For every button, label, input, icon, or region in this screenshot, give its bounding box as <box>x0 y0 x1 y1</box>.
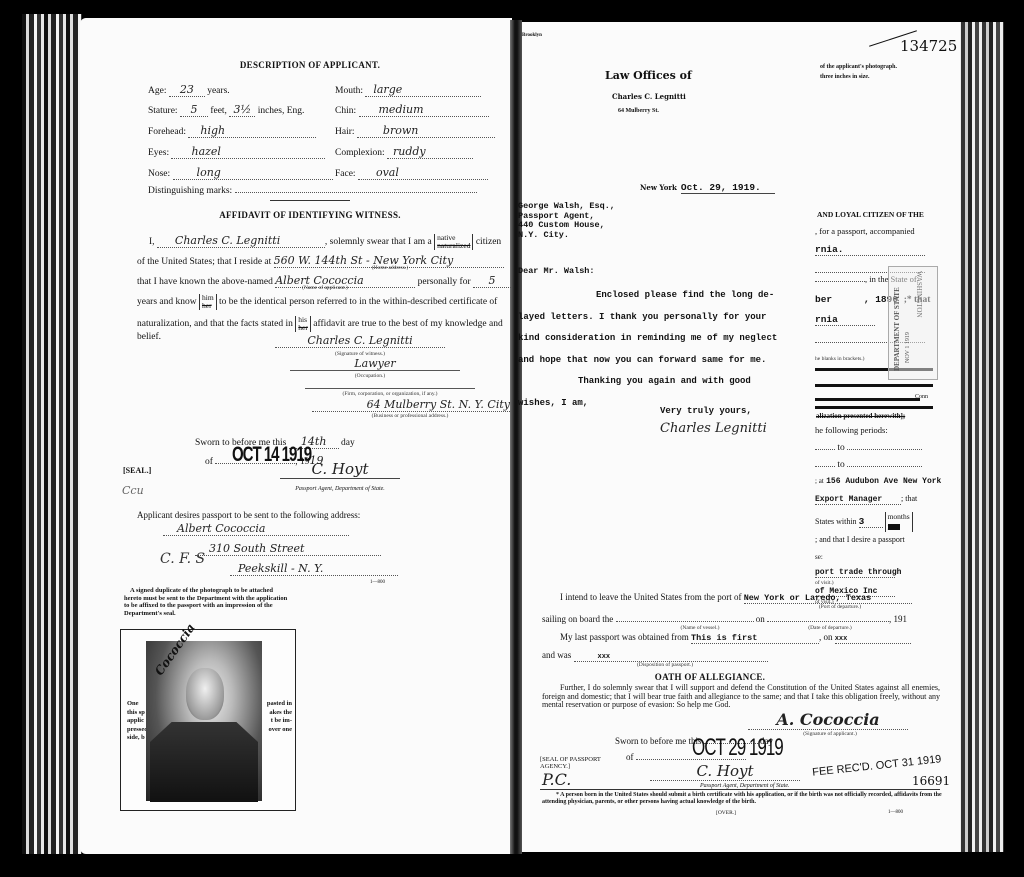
photo-text-r3: t be im- <box>262 717 292 726</box>
return-within-line: States within 3 months years <box>815 512 913 532</box>
applicant-signature-caption: (Signature of applicant.) <box>800 731 860 737</box>
business-address-caption: (Business or professional address.) <box>360 413 460 419</box>
port-caption: (Port of departure.) <box>810 604 870 610</box>
description-heading: DESCRIPTION OF APPLICANT. <box>210 60 410 70</box>
recipient-line-4: N.Y. City. <box>518 231 615 241</box>
visit-caption-1: of visit.) <box>815 580 834 586</box>
eyes-label: Eyes: <box>148 148 169 158</box>
letter-place: New York <box>640 183 677 192</box>
witness-name: Charles C. Legnitti <box>157 234 325 248</box>
firm-caption: (Firm, corporation, or organization, if … <box>330 391 450 397</box>
witness-occupation: Lawyer <box>290 357 460 371</box>
know-label: years and know <box>137 297 197 307</box>
to-label-2: to <box>837 460 844 470</box>
book-page-edges-left <box>22 14 82 854</box>
mailing-name: Albert Cococcia <box>163 522 349 536</box>
complexion-label: Complexion: <box>335 148 385 158</box>
departure-date-caption: (Date of departure.) <box>800 625 860 631</box>
distinguishing-marks-field: Distinguishing marks: <box>148 186 477 196</box>
affidavit-heading: AFFIDAVIT OF IDENTIFYING WITNESS. <box>200 210 420 220</box>
period-from-1 <box>815 449 835 450</box>
pronoun-choice: his her <box>295 316 311 332</box>
struck-line-3 <box>815 398 920 401</box>
loyal-citizen-text: AND LOYAL CITIZEN OF THE <box>817 210 924 219</box>
citizen-label: citizen <box>476 237 501 247</box>
passport-agency-seal-label: [SEAL OF PASSPORT AGENCY.] <box>540 756 610 770</box>
applicant-occupation: Export Manager <box>815 495 901 505</box>
photo-text-r1: pasted in <box>262 700 292 709</box>
letter-recipient: George Walsh, Esq., Passport Agent, 440 … <box>518 202 615 240</box>
seal-label: [SEAL.] <box>123 466 151 475</box>
affidavit-line-5: naturalization, and that the facts state… <box>137 316 503 332</box>
hair-field: Hair: brown <box>335 124 495 138</box>
passport-agent-signature: C. Hoyt <box>280 460 400 479</box>
her-option: her <box>202 301 212 310</box>
letterhead-address: 64 Mulberry St. <box>618 108 659 114</box>
of-label: of <box>205 457 213 467</box>
state-fragment-1: rnia. <box>815 244 925 256</box>
fee-number: 16691 <box>912 774 950 788</box>
years-known-value: 5 <box>473 274 511 288</box>
oath-text: Further, I do solemnly swear that I will… <box>542 684 940 710</box>
mouth-field: Mouth: large <box>335 83 481 97</box>
brackets-caption: he blanks in brackets.) <box>815 356 875 362</box>
home-address-caption: (Home address.) <box>360 265 420 271</box>
following-periods-label: he following periods: <box>815 425 888 435</box>
struck-line-2 <box>815 384 933 387</box>
letter-body: Enclosed please find the long de- layed … <box>518 285 808 414</box>
period-to-2 <box>847 466 922 467</box>
eyes-field: Eyes: hazel <box>148 145 325 159</box>
purpose-label: se: <box>815 553 823 561</box>
complexion-field: Complexion: ruddy <box>335 145 473 159</box>
birth-certificate-footnote: * A person born in the United States sho… <box>542 792 942 806</box>
nose-label: Nose: <box>148 169 170 179</box>
stature-feet-suffix: feet, <box>210 106 227 116</box>
book-gutter <box>510 20 522 854</box>
photo-instruction-1: of the applicant's photograph. <box>820 64 897 70</box>
passport-disposition: xxx <box>574 653 768 662</box>
passport-agent-signature-right: C. Hoyt <box>650 762 800 781</box>
return-within-value: 3 <box>859 516 883 528</box>
name-caption: (Name of applicant.) <box>290 285 360 291</box>
period-to-1 <box>847 449 922 450</box>
file-number: 134725 <box>900 37 957 55</box>
state-blank <box>815 281 865 282</box>
stature-inches-value: 3½ <box>229 103 255 117</box>
chin-value: medium <box>359 103 489 117</box>
witness-signature: Charles C. Legnitti <box>275 334 445 348</box>
departure-year: , 191 <box>889 614 907 624</box>
citizenship-choice: native naturalized <box>434 234 473 250</box>
form-number-right: 1—800 <box>888 810 903 815</box>
face-label: Face: <box>335 169 356 179</box>
mouth-label: Mouth: <box>335 86 363 96</box>
occupation-caption: (Occupation.) <box>350 373 390 379</box>
form-number-left: 1—800 <box>370 580 385 585</box>
over-label: [OVER.] <box>716 810 736 816</box>
photo-box-text-right: pasted in akes the t be im- over one <box>262 700 292 734</box>
letter-body-line-5: Thanking you again and with good <box>518 371 808 393</box>
stature-inches-suffix: inches, Eng. <box>258 106 305 116</box>
disposition-line: and was xxx <box>542 650 768 662</box>
naturalization-presented-struck: alization presented herewith]; <box>816 412 905 420</box>
letter-body-line-3: kind consideration in reminding me of my… <box>518 328 808 350</box>
letter-body-line-4: and hope that now you can forward same f… <box>518 350 808 372</box>
on-label: on <box>756 614 765 624</box>
letter-date: Oct. 29, 1919. <box>681 182 775 194</box>
departure-port: New York or Laredo, Texas <box>744 593 912 604</box>
years-option-struck: years <box>888 524 901 530</box>
affidavit-line-2: of the United States; that I reside at 5… <box>137 254 504 268</box>
state-fragment-2: rnia <box>815 314 875 326</box>
age-suffix: years. <box>207 86 229 96</box>
forehead-field: Forehead: high <box>148 124 316 138</box>
struck-line-4 <box>815 406 933 409</box>
identical-person-text: to be the identical person referred to i… <box>219 297 497 307</box>
date-stamp-oct-29: OCT 29 1919 <box>692 734 783 762</box>
stature-label: Stature: <box>148 106 178 116</box>
mailing-address-intro: Applicant desires passport to be sent to… <box>137 510 360 520</box>
naturalized-option: naturalized <box>437 241 470 250</box>
photo-text-r2: akes the <box>262 709 292 718</box>
belief-label: belief. <box>137 332 161 342</box>
her-option-2: her <box>298 323 308 332</box>
residence-address: 156 Audubon Ave New York <box>826 477 941 486</box>
mailing-city: Peekskill - N. Y. <box>230 562 398 576</box>
oath-heading: OATH OF ALLEGIANCE. <box>640 672 780 682</box>
distinguishing-marks-label: Distinguishing marks: <box>148 186 232 196</box>
passport-accompanied-text: , for a passport, accompanied <box>815 226 915 236</box>
department-received-stamp: DEPARTMENT OF STATE NOV 1 1919 WASHINGTO… <box>888 266 938 380</box>
footnote-divider <box>540 789 940 790</box>
letter-closing: Very truly yours, <box>660 406 752 416</box>
agency-initials: P.C. <box>542 770 571 789</box>
gender-choice: him her <box>199 294 217 310</box>
occupation-line: Export Manager; that <box>815 494 917 505</box>
photo-instructions: of the applicant's photograph. three inc… <box>820 64 897 80</box>
months-option: months <box>888 512 910 521</box>
photo-instruction-2: three inches in size. <box>820 74 897 80</box>
hair-label: Hair: <box>335 127 355 137</box>
hair-value: brown <box>357 124 495 138</box>
forehead-value: high <box>188 124 316 138</box>
stamp-department: DEPARTMENT OF STATE <box>893 287 901 371</box>
passport-agent-caption: Passport Agent, Department of State. <box>280 486 400 492</box>
applicant-signature: A. Cococcia <box>748 710 908 730</box>
vessel-caption: (Name of vessel.) <box>670 625 730 631</box>
departure-line: I intend to leave the United States from… <box>560 592 912 604</box>
forehead-label: Forehead: <box>148 127 186 137</box>
last-passport-label: My last passport was obtained from <box>560 632 689 642</box>
letter-body-line-1: Enclosed please find the long de- <box>518 285 808 307</box>
day-label: day <box>341 438 355 448</box>
period-from-2 <box>815 466 835 467</box>
i-label: I, <box>149 237 155 247</box>
divider <box>270 200 350 201</box>
last-passport-on-label: , on <box>819 632 833 642</box>
vessel-blank <box>616 621 754 622</box>
stature-field: Stature: 5 feet, 3½ inches, Eng. <box>148 103 304 117</box>
stamp-date: NOV 1 1919 <box>905 332 911 363</box>
face-field: Face: oval <box>335 166 488 180</box>
duration-unit-choice: months years <box>885 512 913 532</box>
complexion-value: ruddy <box>387 145 473 159</box>
sworn-label-right: Sworn to before me this <box>615 736 701 746</box>
distinguishing-marks-line <box>235 192 477 193</box>
nose-field: Nose: long <box>148 166 333 180</box>
letter-salutation: Dear Mr. Walsh: <box>518 266 595 276</box>
period-line-1: to <box>815 443 922 453</box>
letter-body-line-2: layed letters. I thank you personally fo… <box>518 307 808 329</box>
conn-fragment: Conn <box>915 394 928 400</box>
firm-line <box>305 388 475 389</box>
and-was-label: and was <box>542 650 571 660</box>
reside-label: of the United States; that I reside at <box>137 257 271 267</box>
chin-field: Chin: medium <box>335 103 489 117</box>
mailing-initials: C. F. S <box>160 551 205 567</box>
affidavit-true-text: affidavit are true to the best of my kno… <box>313 319 503 329</box>
eyes-value: hazel <box>171 145 325 159</box>
sailing-label: sailing on board the <box>542 614 613 624</box>
last-passport-date: xxx <box>835 635 911 644</box>
mouth-value: large <box>365 83 481 97</box>
letter-dateline: New York Oct. 29, 1919. <box>640 177 775 195</box>
departure-date-blank <box>767 621 889 622</box>
letterhead-title: Law Offices of <box>605 69 692 82</box>
photo-figure-body <box>150 722 258 802</box>
departure-text: I intend to leave the United States from… <box>560 592 741 602</box>
birth-month: ber <box>815 294 832 305</box>
residence-line: ; at 156 Audubon Ave New York <box>815 476 941 486</box>
age-field: Age: 23 years. <box>148 83 230 97</box>
book-page-edges-right <box>958 22 1004 852</box>
letterhead-name: Charles C. Legnitti <box>612 92 686 101</box>
stamp-office: WASHINGTON <box>915 271 923 318</box>
photo-text-r4: over one <box>262 726 292 735</box>
purpose-line-1: port trade through <box>815 568 895 578</box>
facts-stated-label: naturalization, and that the facts state… <box>137 319 293 329</box>
desire-passport-text: ; and that I desire a passport <box>815 535 905 544</box>
to-label-1: to <box>837 443 844 453</box>
nose-value: long <box>173 166 333 180</box>
affidavit-line-1: I, Charles C. Legnitti, solemnly swear t… <box>137 234 501 250</box>
clerk-initials: Ccu <box>122 484 144 497</box>
photo-figure-head <box>186 668 224 720</box>
of-label-right: of <box>626 752 634 762</box>
period-line-2: to <box>815 460 922 470</box>
affidavit-line-4: years and know him her to be the identic… <box>137 294 497 310</box>
disposition-caption: (Disposition of passport.) <box>630 662 700 668</box>
stature-feet-value: 5 <box>180 103 208 117</box>
chin-label: Chin: <box>335 106 356 116</box>
face-value: oval <box>358 166 488 180</box>
witness-business-address: 64 Mulberry St. N. Y. City <box>312 398 510 412</box>
age-label: Age: <box>148 86 166 96</box>
last-passport-value: This is first <box>691 633 819 644</box>
personally-for-label: personally for <box>418 277 471 287</box>
age-value: 23 <box>169 83 205 97</box>
corner-label: Brooklyn <box>522 33 542 38</box>
mailing-street: 310 South Street <box>195 542 381 556</box>
known-label: that I have known the above-named <box>137 277 273 287</box>
photo-duplicate-note: A signed duplicate of the photograph to … <box>124 587 292 617</box>
swear-text: , solemnly swear that I am a <box>325 237 432 247</box>
last-passport-line: My last passport was obtained from This … <box>560 632 911 644</box>
sailing-line: sailing on board the on , 191 <box>542 614 907 624</box>
letter-signature: Charles Legnitti <box>660 421 767 436</box>
